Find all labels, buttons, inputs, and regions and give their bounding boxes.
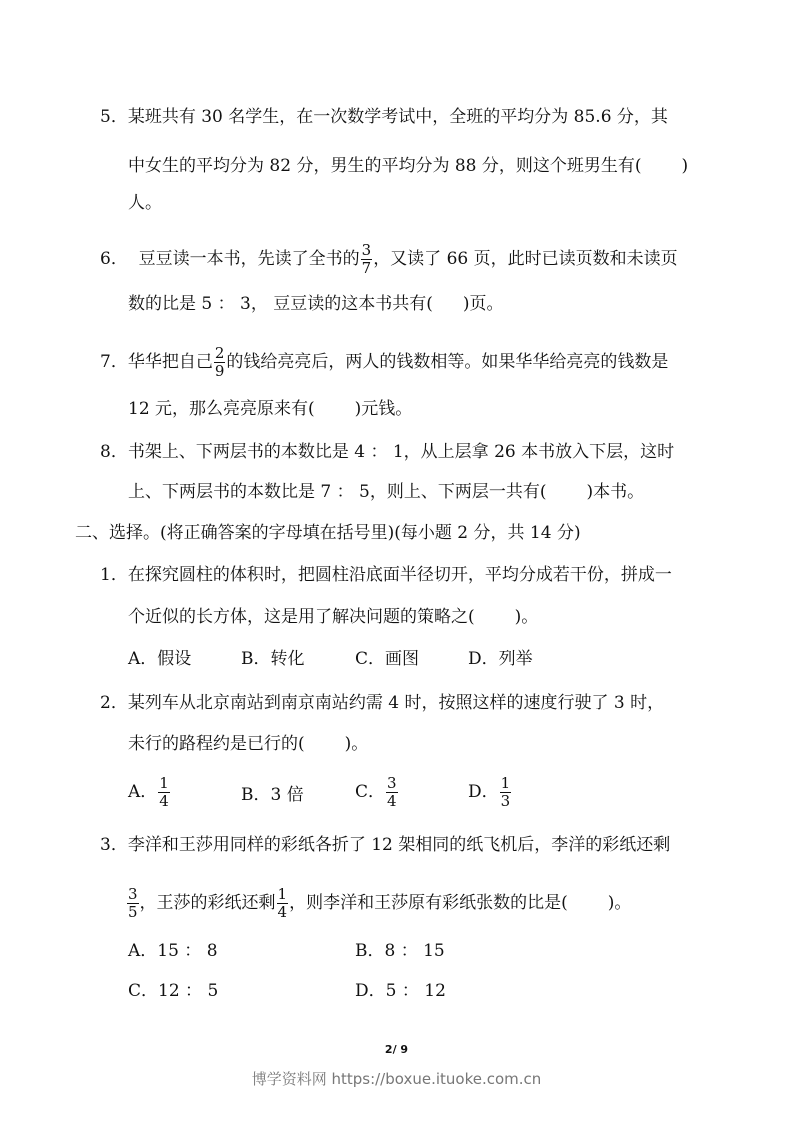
choice-1-line-1: 1．在探究圆柱的体积时，把圆柱沿底面半径切开，平均分成若干份，拼成一 — [100, 564, 672, 586]
question-text: 未行的路程约是已行的( — [128, 734, 305, 754]
question-8-line-1: 8．书架上、下两层书的本数比是 4 ： 1，从上层拿 26 本书放入下层，这时 — [100, 441, 674, 463]
fraction: 37 — [361, 242, 373, 277]
question-text: ，王莎的彩纸还剩 — [140, 893, 276, 913]
choice-1-option-c: C．画图 — [355, 648, 419, 670]
question-number: 5． — [100, 107, 128, 127]
fraction: 34 — [386, 775, 398, 810]
choice-1-option-a: A．假设 — [128, 648, 191, 670]
fraction: 14 — [277, 886, 289, 921]
question-text: 华华把自己 — [128, 352, 213, 372]
question-text: 某列车从北京南站到南京南站约需 4 时，按照这样的速度行驶了 3 时， — [128, 693, 664, 713]
question-number: 7． — [100, 352, 128, 372]
question-5-line-2: 中女生的平均分为 82 分，男生的平均分为 88 分，则这个班男生有() — [128, 155, 688, 177]
choice-3-option-a: A．15 ： 8 — [128, 940, 218, 962]
fraction: 29 — [214, 345, 226, 380]
question-text: 书架上、下两层书的本数比是 4 ： 1，从上层拿 26 本书放入下层，这时 — [128, 442, 674, 462]
fraction: 14 — [158, 775, 170, 810]
question-7-line-1: 7．华华把自己29的钱给亮亮后，两人的钱数相等。如果华华给亮亮的钱数是 — [100, 345, 668, 380]
choice-3-line-1: 3．李洋和王莎用同样的彩纸各折了 12 架相同的纸飞机后，李洋的彩纸还剩 — [100, 834, 670, 856]
question-6-line-2: 数的比是 5 ： 3， 豆豆读的这本书共有()页。 — [128, 293, 504, 315]
question-5-line-1: 5．某班共有 30 名学生，在一次数学考试中，全班的平均分为 85.6 分，其 — [100, 106, 668, 128]
question-number: 2． — [100, 693, 128, 713]
choice-2-line-2: 未行的路程约是已行的()。 — [128, 733, 368, 755]
question-number: 8． — [100, 442, 128, 462]
question-text: 人。 — [128, 193, 162, 213]
question-text: 豆豆读一本书，先读了全书的 — [139, 249, 360, 269]
choice-2-option-c: C．34 — [355, 775, 399, 810]
choice-3-line-2: 35，王莎的彩纸还剩14，则李洋和王莎原有彩纸张数的比是()。 — [126, 886, 631, 921]
section-2-title: 二、选择。(将正确答案的字母填在括号里)(每小题 2 分，共 14 分) — [75, 522, 581, 544]
fraction: 35 — [127, 886, 139, 921]
question-number: 6． — [100, 249, 128, 269]
choice-2-option-a: A．14 — [128, 775, 171, 810]
choice-3-option-c: C．12 ： 5 — [128, 980, 218, 1002]
question-text: 数的比是 5 ： 3， 豆豆读的这本书共有( — [128, 294, 433, 314]
question-number: 1． — [100, 565, 128, 585]
choice-1-line-2: 个近似的长方体，这是用了解决问题的策略之()。 — [128, 606, 538, 628]
choice-3-option-b: B．8 ： 15 — [355, 940, 445, 962]
question-number: 3． — [100, 835, 128, 855]
fraction: 13 — [500, 775, 512, 810]
footer-watermark: 博学资料网 https://boxue.ituoke.com.cn — [0, 1068, 793, 1089]
choice-2-line-1: 2．某列车从北京南站到南京南站约需 4 时，按照这样的速度行驶了 3 时， — [100, 692, 664, 714]
question-text: 个近似的长方体，这是用了解决问题的策略之( — [128, 607, 475, 627]
choice-2-option-b: B．3 倍 — [241, 784, 304, 806]
question-text: 中女生的平均分为 82 分，男生的平均分为 88 分，则这个班男生有( — [128, 156, 642, 176]
question-text: 上、下两层书的本数比是 7 ： 5，则上、下两层一共有( — [128, 482, 546, 502]
choice-1-option-b: B．转化 — [241, 648, 305, 670]
question-6-line-1: 6． 豆豆读一本书，先读了全书的37，又读了 66 页，此时已读页数和未读页 — [100, 242, 678, 277]
question-7-line-2: 12 元，那么亮亮原来有()元钱。 — [128, 398, 412, 420]
choice-1-option-d: D．列举 — [468, 648, 533, 670]
question-8-line-2: 上、下两层书的本数比是 7 ： 5，则上、下两层一共有()本书。 — [128, 481, 644, 503]
question-text: 李洋和王莎用同样的彩纸各折了 12 架相同的纸飞机后，李洋的彩纸还剩 — [128, 835, 670, 855]
question-text: 12 元，那么亮亮原来有( — [128, 399, 315, 419]
question-text: 的钱给亮亮后，两人的钱数相等。如果华华给亮亮的钱数是 — [226, 352, 668, 372]
page-number: 2/ 9 — [0, 1043, 793, 1056]
question-5-line-3: 人。 — [128, 192, 162, 214]
choice-3-option-d: D．5 ： 12 — [355, 980, 446, 1002]
question-text: ，又读了 66 页，此时已读页数和未读页 — [373, 249, 677, 269]
question-text: ，则李洋和王莎原有彩纸张数的比是( — [289, 893, 568, 913]
question-text: 某班共有 30 名学生，在一次数学考试中，全班的平均分为 85.6 分，其 — [128, 107, 668, 127]
choice-2-option-d: D．13 — [468, 775, 512, 810]
question-text: 在探究圆柱的体积时，把圆柱沿底面半径切开，平均分成若干份，拼成一 — [128, 565, 672, 585]
